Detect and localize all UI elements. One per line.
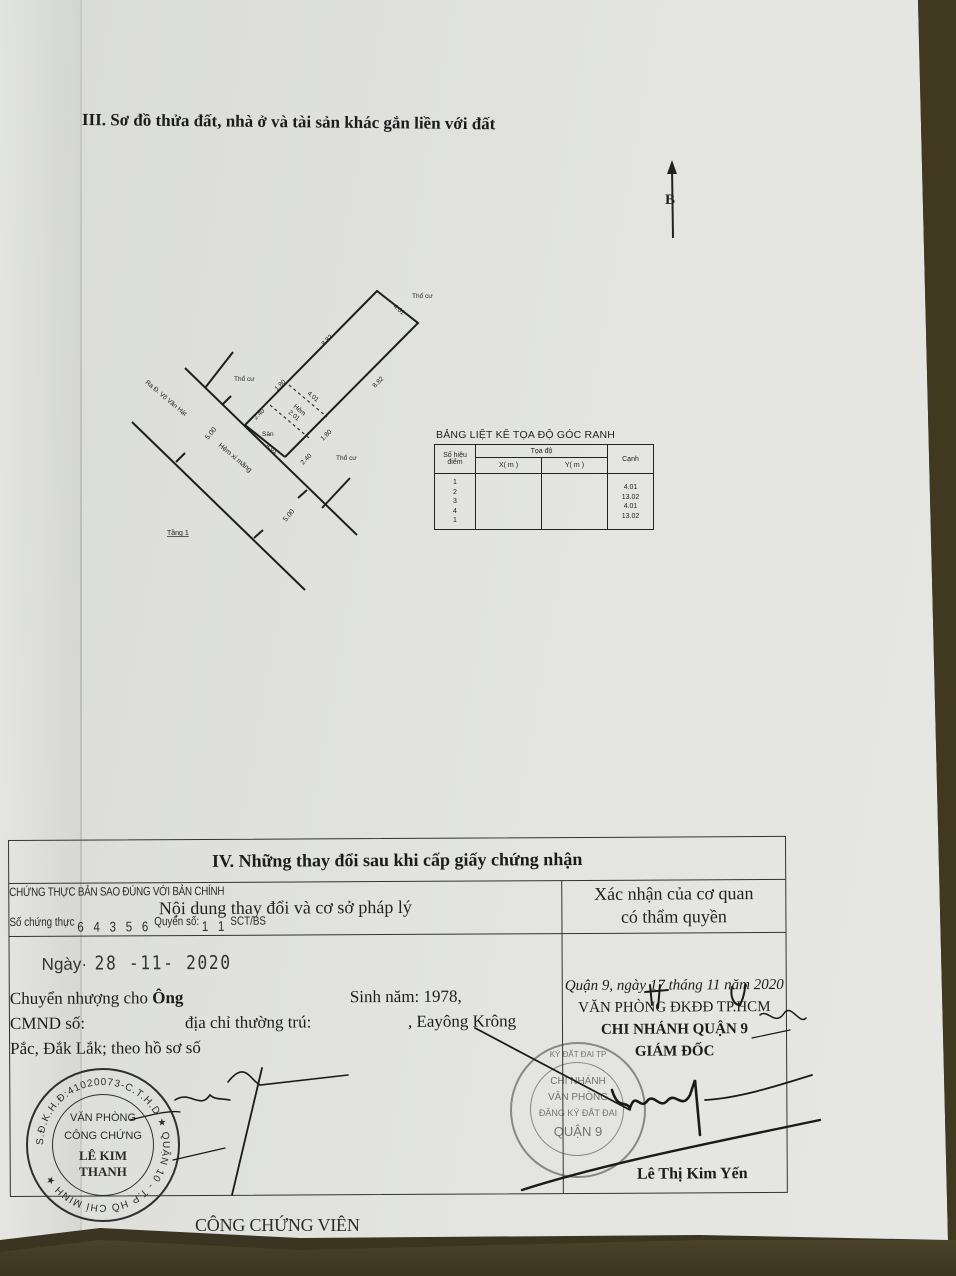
dim-right-a: 2.40 bbox=[299, 452, 313, 466]
confirmation-column-header: Xác nhận của cơ quan có thẩm quyền bbox=[562, 879, 785, 936]
dim-right-long: 8.82 bbox=[371, 375, 385, 389]
neighbor-label-1: Thổ cư bbox=[412, 292, 433, 300]
dim-front: 4.01 bbox=[265, 442, 279, 456]
copy-certification-date: Ngày·28 -11- 2020 bbox=[42, 952, 257, 975]
col-y-header: Y( m ) bbox=[542, 458, 608, 474]
document-page: III. Sơ đồ thửa đất, nhà ở và tài sản kh… bbox=[0, 0, 956, 1276]
point-list: 1 2 3 4 1 bbox=[435, 474, 476, 530]
alley-label: Hẻm xi măng bbox=[217, 442, 253, 474]
coord-table-title: BẢNG LIỆT KÊ TỌA ĐỘ GÓC RANH bbox=[436, 429, 615, 441]
x-values bbox=[476, 474, 542, 530]
dim-right-b: 1.80 bbox=[319, 428, 333, 442]
address-place: , Eayông Krông bbox=[408, 1011, 516, 1032]
dim-alley-width-1: 5.00 bbox=[204, 426, 218, 441]
dim-inner-alley: 4.01 bbox=[306, 390, 320, 404]
dim-left-a: 2.40 bbox=[252, 407, 266, 421]
svg-text:S.Đ.K.H.Đ:41020073-C.T.H.D ★ Q: S.Đ.K.H.Đ:41020073-C.T.H.D ★ QUẬN 10 - T… bbox=[35, 1077, 173, 1215]
notary-title: CÔNG CHỨNG VIÊN bbox=[195, 1215, 360, 1236]
dim-back: 4.01 bbox=[392, 303, 406, 317]
street-label: Ra Đ. Võ Văn Hát bbox=[144, 379, 188, 418]
id-number-label: CMND số: bbox=[10, 1014, 85, 1034]
section-4-title: IV. Những thay đổi sau khi cấp giấy chứn… bbox=[9, 837, 785, 884]
neighbor-label-3: Thổ cư bbox=[336, 454, 357, 462]
copy-certification-number: Số chứng thực 6 4 3 5 6 Quyển số: 1 1 SC… bbox=[9, 912, 266, 929]
confirmation-date: Quận 9, ngày 17 tháng 11 năm 2020 bbox=[563, 977, 786, 995]
confirmation-office: VĂN PHÒNG ĐKĐĐ TP.HCM bbox=[563, 999, 786, 1017]
office-seal: KÝ ĐẤT ĐAI TP CHI NHÁNH VĂN PHÒNG ĐĂNG K… bbox=[510, 1042, 646, 1178]
col-edge-header: Cạnh bbox=[608, 445, 654, 474]
col-coords-header: Tọa độ bbox=[476, 445, 608, 458]
notary-seal: S.Đ.K.H.Đ:41020073-C.T.H.D ★ QUẬN 10 - T… bbox=[26, 1068, 180, 1222]
address-label: địa chỉ thường trú: bbox=[185, 1012, 311, 1033]
col-x-header: X( m ) bbox=[476, 458, 542, 474]
birth-year: Sinh năm: 1978, bbox=[350, 987, 462, 1008]
address-continued: Pắc, Đắk Lắk; theo hồ sơ số bbox=[10, 1038, 201, 1059]
confirmation-signer: Lê Thị Kim Yến bbox=[581, 1165, 804, 1184]
copy-certification-stamp: CHỨNG THỰC BẢN SAO ĐÚNG VỚI BẢN CHÍNH bbox=[9, 884, 224, 899]
col-point-header: Số hiệu điểm bbox=[435, 445, 476, 474]
coord-table: Số hiệu điểm Tọa độ Cạnh X( m ) Y( m ) 1… bbox=[434, 444, 654, 530]
yard-label: Sân bbox=[262, 431, 274, 438]
notary-seal-ring-text: S.Đ.K.H.Đ:41020073-C.T.H.D ★ QUẬN 10 - T… bbox=[28, 1070, 178, 1220]
background-surface-bottom bbox=[0, 1240, 956, 1276]
y-values bbox=[542, 474, 608, 530]
edge-list: 4.01 13.02 4.01 13.02 bbox=[608, 474, 654, 530]
transfer-line: Chuyển nhượng cho Ông bbox=[10, 988, 184, 1009]
confirmation-branch: CHI NHÁNH QUẬN 9 bbox=[563, 1021, 786, 1039]
dim-alley-width-2: 5.00 bbox=[282, 508, 296, 523]
neighbor-label-2: Thổ cư bbox=[234, 375, 255, 383]
floor-label: Tầng 1 bbox=[167, 528, 189, 537]
